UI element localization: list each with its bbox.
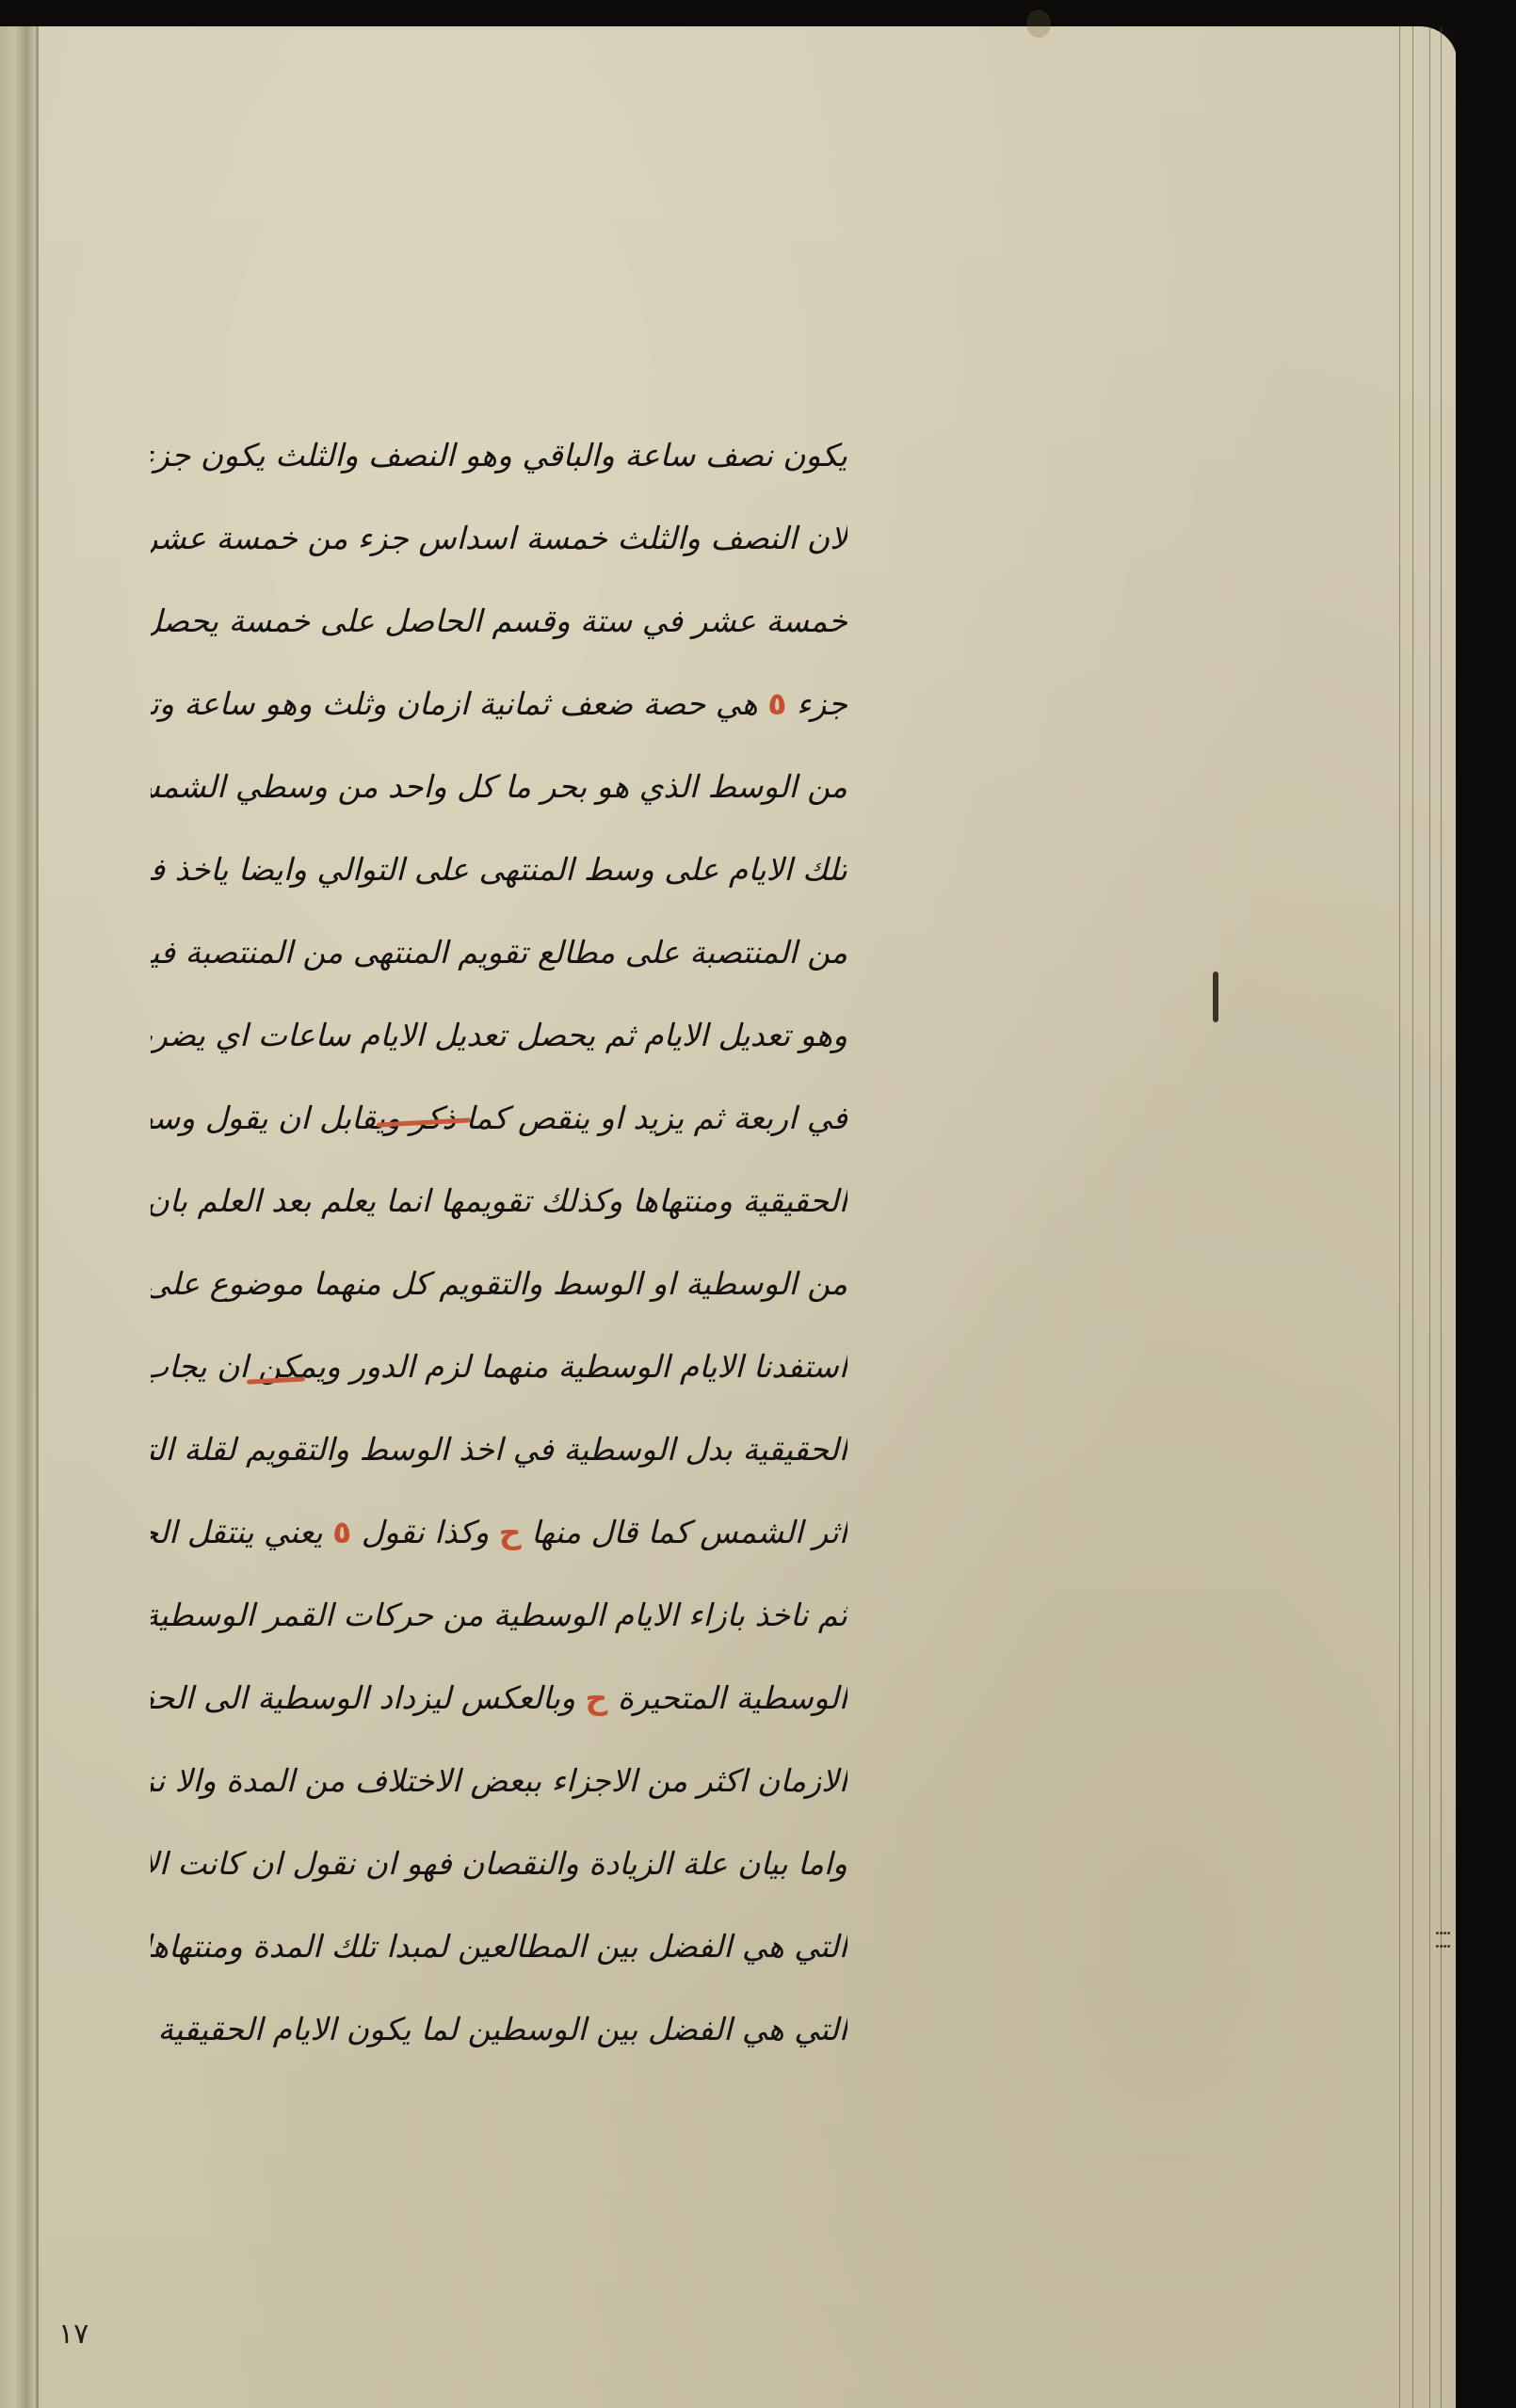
line-text: وكذا نقول [362, 1514, 490, 1550]
rubric-circle-mark: ٥ [767, 685, 786, 722]
page-edge-line [1399, 26, 1400, 2408]
line-text: الازمان اكثر من الاجزاء ببعض الاختلاف من… [151, 1762, 847, 1799]
line-text: اثر الشمس كما قال منها [531, 1514, 847, 1550]
line-text: يعني ينتقل الحقيقية الى الوسطية [151, 1514, 323, 1550]
scan-background-right [1456, 0, 1516, 2408]
line-text: يكون نصف ساعة والباقي وهو النصف والثلث ي… [151, 437, 847, 474]
text-line-18: واما بيان علة الزيادة والنقصان فهو ان نق… [151, 1822, 847, 1905]
line-text: واما بيان علة الزيادة والنقصان فهو ان نق… [151, 1845, 847, 1882]
text-line-15: ثم ناخذ بازاء الايام الوسطية من حركات ال… [151, 1574, 847, 1657]
line-text: من الوسط الذي هو بحر ما كل واحد من وسطي … [151, 768, 847, 805]
line-text: من المنتصبة على مطالع تقويم المنتهى من ا… [151, 934, 847, 971]
text-line-14: اثر الشمس كما قال منها ح وكذا نقول ٥ يعن… [151, 1491, 847, 1574]
text-line-8: وهو تعديل الايام ثم يحصل تعديل الايام سا… [151, 994, 847, 1077]
text-line-2: لان النصف والثلث خمسة اسداس جزء من خمسة … [151, 497, 847, 580]
text-line-10: الحقيقية ومنتهاها وكذلك تقويمها انما يعل… [151, 1160, 847, 1243]
line-text: التي هي الفضل بين الوسطين لما يكون الايا… [151, 2011, 847, 2047]
margin-marks: ⁞ ⁞ [1427, 1930, 1457, 1950]
page-edge-line [1441, 26, 1442, 2408]
page-edge-line [1412, 26, 1413, 2408]
rubric-mark: ح [586, 1679, 608, 1716]
facing-page-fold [0, 26, 36, 2408]
line-text: في اربعة ثم يزيد او ينقص كما ذكر ويقابل … [151, 1100, 847, 1136]
folio-number: ١٧ [58, 2318, 89, 2351]
page-edge-line [1429, 26, 1430, 2408]
text-line-12: استفدنا الايام الوسطية منهما لزم الدور و… [151, 1325, 847, 1408]
text-line-9: في اربعة ثم يزيد او ينقص كما ذكر ويقابل … [151, 1077, 847, 1160]
text-line-11: من الوسطية او الوسط والتقويم كل منهما مو… [151, 1243, 847, 1325]
text-line-5: من الوسط الذي هو بحر ما كل واحد من وسطي … [151, 746, 847, 828]
text-line-4: جزء ٥ هي حصة ضعف ثمانية ازمان وثلث وهو س… [151, 663, 847, 746]
rubric-circle-mark: ٥ [332, 1514, 351, 1550]
text-line-1: يكون نصف ساعة والباقي وهو النصف والثلث ي… [151, 414, 847, 497]
line-text: جزء [797, 685, 847, 722]
line-text: التي هي الفضل بين المطالعين لمبدا تلك ال… [151, 1928, 847, 1965]
text-line-3: خمسة عشر في ستة وقسم الحاصل على خمسة يحص… [151, 580, 847, 663]
rubric-mark: ح [499, 1514, 522, 1550]
line-text: الحقيقية ومنتهاها وكذلك تقويمها انما يعل… [151, 1182, 847, 1219]
line-text: لان النصف والثلث خمسة اسداس جزء من خمسة … [151, 520, 847, 556]
line-text: ثم ناخذ بازاء الايام الوسطية من حركات ال… [151, 1597, 847, 1633]
line-text: تلك الايام على وسط المنتهى على التوالي و… [151, 851, 847, 888]
text-line-6: تلك الايام على وسط المنتهى على التوالي و… [151, 828, 847, 911]
text-line-17: الازمان اكثر من الاجزاء ببعض الاختلاف من… [151, 1740, 847, 1822]
scan-background-top [0, 0, 1516, 28]
line-text: وبالعكس ليزداد الوسطية الى الحقيقية [151, 1679, 575, 1716]
line-text: خمسة عشر في ستة وقسم الحاصل على خمسة يحص… [151, 602, 847, 639]
line-text: وهو تعديل الايام ثم يحصل تعديل الايام سا… [151, 1017, 847, 1053]
line-text: من الوسطية او الوسط والتقويم كل منهما مو… [151, 1265, 847, 1302]
manuscript-text-block: يكون نصف ساعة والباقي وهو النصف والثلث ي… [151, 414, 847, 2071]
line-text: الوسطية المتحيرة [618, 1679, 847, 1716]
ink-stain [1026, 9, 1051, 38]
text-line-16: الوسطية المتحيرة ح وبالعكس ليزداد الوسطي… [151, 1657, 847, 1740]
text-line-19: التي هي الفضل بين المطالعين لمبدا تلك ال… [151, 1905, 847, 1988]
stray-ink-mark [1213, 971, 1218, 1022]
gutter-line [36, 26, 39, 2408]
text-line-13: الحقيقية بدل الوسطية في اخذ الوسط والتقو… [151, 1408, 847, 1491]
text-line-7: من المنتصبة على مطالع تقويم المنتهى من ا… [151, 911, 847, 994]
line-text: هي حصة ضعف ثمانية ازمان وثلث وهو ساعة وت… [151, 685, 758, 722]
line-text: الحقيقية بدل الوسطية في اخذ الوسط والتقو… [151, 1431, 847, 1468]
text-line-20: التي هي الفضل بين الوسطين لما يكون الايا… [151, 1988, 847, 2071]
